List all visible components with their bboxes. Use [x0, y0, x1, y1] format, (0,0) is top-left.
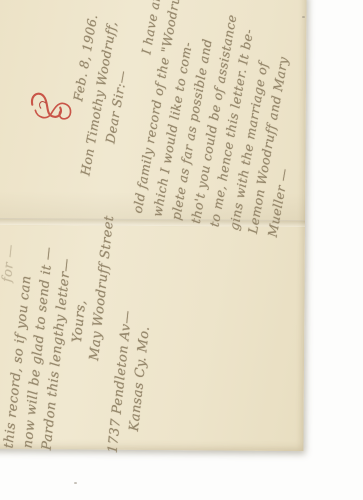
scan-speck [74, 482, 77, 484]
scan-speck [302, 16, 305, 18]
letter-page-1-text: Feb. 8, 1906. Hon Timothy Woodruff, Dear… [51, 0, 320, 239]
letter-page-2-text: for — this record, so if you can now wil… [0, 219, 178, 463]
scanned-letter-photo: Feb. 8, 1906. Hon Timothy Woodruff, Dear… [0, 0, 363, 500]
